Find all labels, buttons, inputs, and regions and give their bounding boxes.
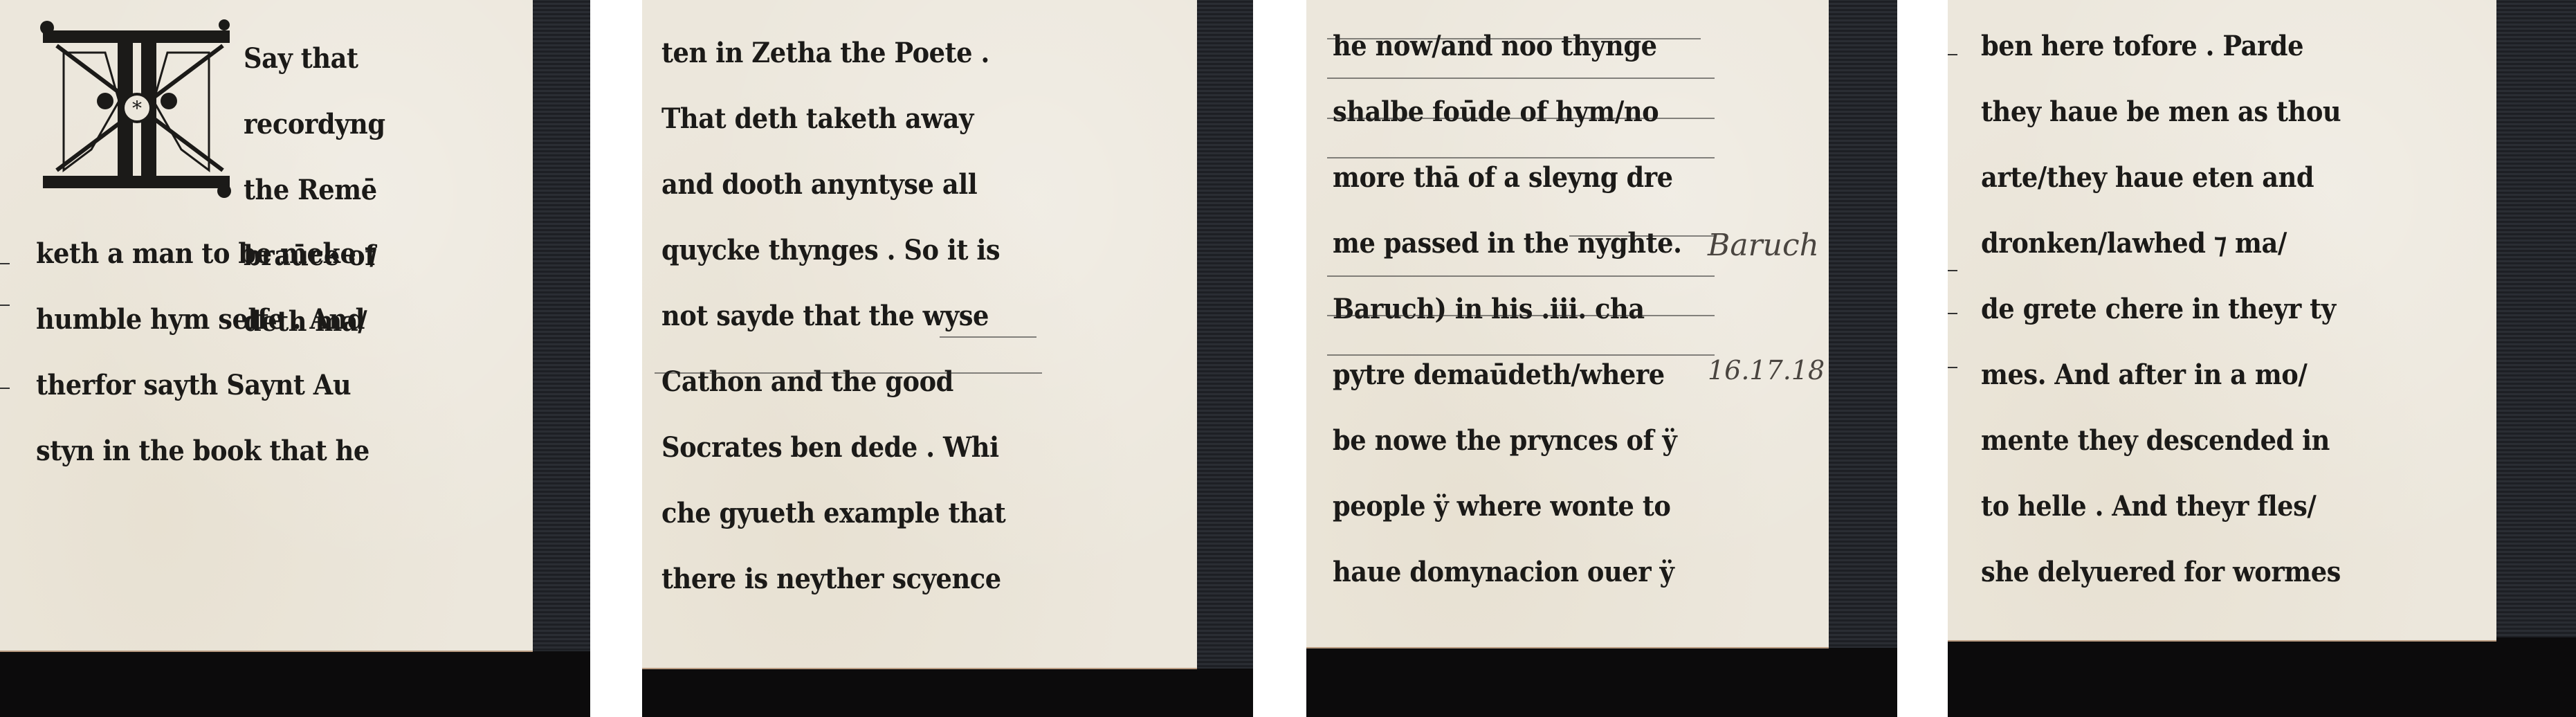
- text-line: people ÿ where wonte to: [1333, 487, 1681, 526]
- text-line: Cathon and the good: [661, 362, 1005, 401]
- text-line: recordyng: [244, 105, 385, 144]
- text-line: humble hym selfe . And: [36, 300, 377, 339]
- book-page: * Say that recordyng the Remē braūce of …: [0, 0, 533, 652]
- text-line: he now/and noo thynge: [1333, 26, 1681, 66]
- decorated-initial-icon: *: [36, 11, 241, 206]
- text-line: she delyuered for wormes: [1981, 552, 2341, 592]
- margin-mark: [1948, 313, 1957, 314]
- mount-base: [1306, 648, 1897, 717]
- text-line: haue domynacion ouer ÿ: [1333, 552, 1681, 592]
- margin-mark: [1948, 367, 1957, 368]
- underline-mark: [655, 372, 1042, 374]
- body-text-block: ben here tofore . Parde they haue be men…: [1981, 0, 2372, 618]
- text-line: to helle . And theyr fles/: [1981, 487, 2341, 526]
- text-line: they haue be men as thou: [1981, 92, 2341, 131]
- text-line: ten in Zetha the Poete .: [661, 33, 1005, 73]
- text-line: the Remē: [244, 170, 385, 210]
- margin-mark: [0, 388, 10, 389]
- text-line: Say that: [244, 39, 385, 78]
- text-line: and dooth anyntyse all: [661, 165, 1005, 204]
- body-text-block: keth a man to be meke ⁊ humble hym selfe…: [36, 208, 406, 497]
- mount-base: [1948, 637, 2576, 717]
- underline-mark: [1327, 78, 1715, 79]
- underline-mark: [1327, 157, 1715, 158]
- underline-mark: [1327, 38, 1701, 39]
- text-line: pytre demaūdeth/where: [1333, 355, 1681, 394]
- body-text-block: ten in Zetha the Poete . That deth taket…: [661, 7, 1036, 625]
- book-page: ben here tofore . Parde they haue be men…: [1948, 0, 2496, 642]
- mount-base: [642, 669, 1253, 717]
- text-line: keth a man to be meke ⁊: [36, 234, 377, 273]
- text-line: more thā of a sleyng dre: [1333, 158, 1681, 197]
- text-line: quycke thynges . So it is: [661, 230, 1005, 270]
- text-line: dronken/lawhed ⁊ ma/: [1981, 224, 2341, 263]
- text-line: me passed in the nyghte.: [1333, 224, 1681, 263]
- text-line: shalbe foūde of hym/no: [1333, 92, 1681, 131]
- underline-mark: [1327, 118, 1715, 119]
- marginal-line: 16.17.18: [1708, 350, 1825, 391]
- underline-mark: [1327, 275, 1715, 277]
- text-line: arte/they haue eten and: [1981, 158, 2341, 197]
- underline-mark: [940, 336, 1036, 338]
- underline-mark: [1569, 235, 1715, 237]
- handwritten-marginal-note: Baruch 16.17.18: [1708, 142, 1825, 474]
- text-line: That deth taketh away: [661, 99, 1005, 138]
- underline-mark: [1327, 354, 1715, 356]
- text-line: che gyueth example that: [661, 493, 1005, 533]
- panel-page-4: ben here tofore . Parde they haue be men…: [1948, 0, 2576, 717]
- text-line: de grete chere in theyr ty: [1981, 289, 2341, 329]
- book-page: he now/and noo thynge shalbe foūde of hy…: [1306, 0, 1829, 648]
- body-text-block: he now/and noo thynge shalbe foūde of hy…: [1333, 0, 1712, 618]
- text-line: mente they descended in: [1981, 421, 2341, 460]
- mount-base: [0, 651, 590, 717]
- margin-mark: [0, 305, 10, 306]
- panel-page-1: * Say that recordyng the Remē braūce of …: [0, 0, 590, 717]
- text-line: ben here tofore . Parde: [1981, 26, 2341, 66]
- margin-mark: [0, 263, 10, 264]
- text-line: there is neyther scyence: [661, 559, 1005, 599]
- text-line: Baruch) in his .iii. cha: [1333, 289, 1681, 329]
- margin-mark: [1948, 270, 1957, 271]
- panel-page-3: he now/and noo thynge shalbe foūde of hy…: [1306, 0, 1897, 717]
- margin-mark: [1948, 54, 1957, 55]
- text-line: mes. And after in a mo/: [1981, 355, 2341, 394]
- underline-mark: [1327, 315, 1715, 316]
- text-line: be nowe the prynces of ÿ: [1333, 421, 1681, 460]
- svg-text:*: *: [132, 97, 142, 120]
- marginal-line: Baruch: [1708, 225, 1825, 266]
- text-line: therfor sayth Saynt Au: [36, 365, 377, 405]
- text-line: Socrates ben dede . Whi: [661, 428, 1005, 467]
- text-line: styn in the book that he: [36, 431, 377, 471]
- panel-page-2: ten in Zetha the Poete . That deth taket…: [642, 0, 1253, 717]
- book-page: ten in Zetha the Poete . That deth taket…: [642, 0, 1197, 669]
- text-line: not sayde that the wyse: [661, 296, 1005, 336]
